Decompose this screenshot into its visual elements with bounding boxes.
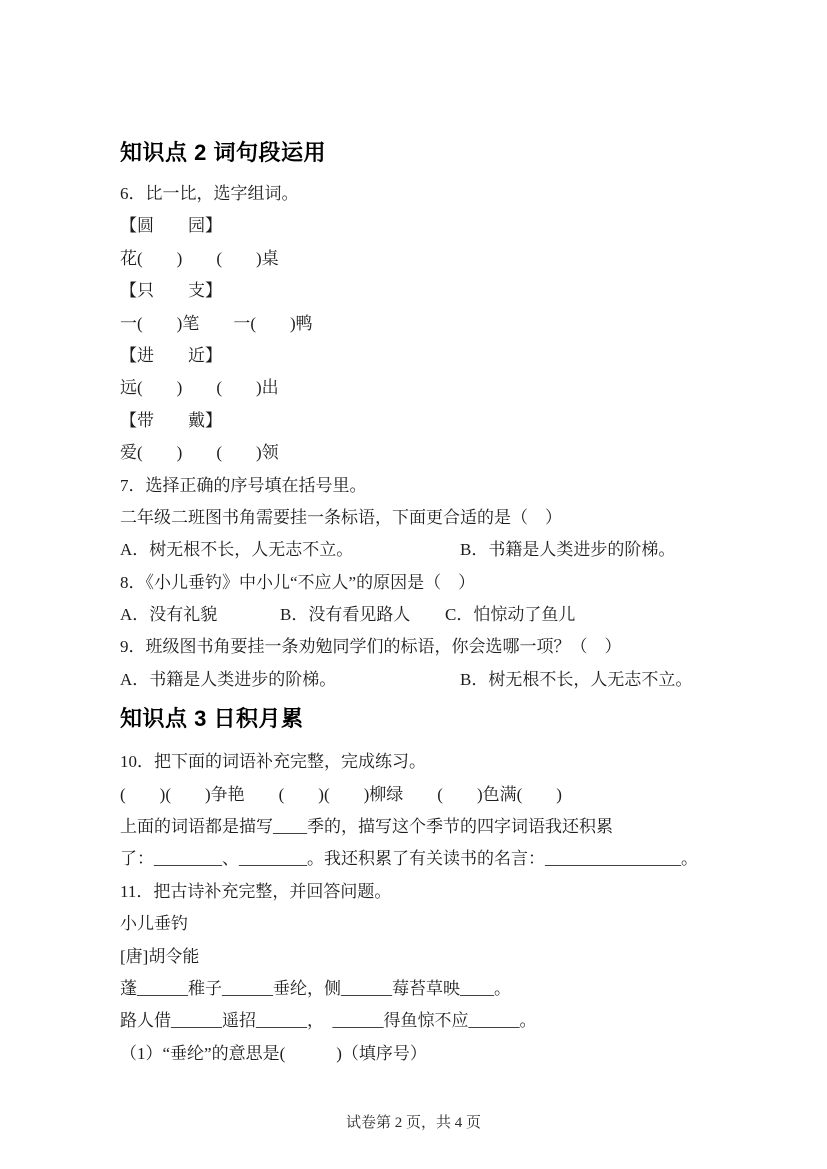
q8-option-b: B．没有看见路人 xyxy=(280,599,445,631)
page-content: 知识点 2 词句段运用 6．比一比，选字组词。 【圆 园】 花( ) ( )桌 … xyxy=(120,140,740,1070)
q6-pair4-choices: 【带 戴】 xyxy=(120,405,740,437)
q6-pair1-blanks: 花( ) ( )桌 xyxy=(120,243,740,275)
q9-option-b: B．树无根不长，人无志不立。 xyxy=(460,664,692,696)
q10-stem: 10．把下面的词语补充完整，完成练习。 xyxy=(120,746,740,778)
q11-sub-question1: （1）“垂纶”的意思是( )（填序号） xyxy=(120,1038,740,1070)
q6-pair3-blanks: 远( ) ( )出 xyxy=(120,372,740,404)
q6-stem: 6．比一比，选字组词。 xyxy=(120,178,740,210)
q9-options-row: A．书籍是人类进步的阶梯。B．树无根不长，人无志不立。 xyxy=(120,664,740,696)
q8-stem: 8．《小儿垂钓》中小儿“不应人”的原因是（ ） xyxy=(120,567,740,599)
q7-option-b: B．书籍是人类进步的阶梯。 xyxy=(460,534,675,566)
q7-options-row: A．树无根不长，人无志不立。B．书籍是人类进步的阶梯。 xyxy=(120,534,740,566)
q6-pair4-blanks: 爱( ) ( )领 xyxy=(120,437,740,469)
q9-stem: 9．班级图书角要挂一条劝勉同学们的标语，你会选哪一项？（ ） xyxy=(120,631,740,663)
q11-poem-line2: 路人借______遥招______， ______得鱼惊不应______。 xyxy=(120,1005,740,1037)
q10-words-line: ( )( )争艳 ( )( )柳绿 ( )色满( ) xyxy=(120,779,740,811)
q8-options-row: A．没有礼貌B．没有看见路人C．怕惊动了鱼儿 xyxy=(120,599,740,631)
q6-pair1-choices: 【圆 园】 xyxy=(120,210,740,242)
section-2-heading: 知识点 2 词句段运用 xyxy=(120,140,740,166)
q10-fill-line2: 了：________、________。我还积累了有关读书的名言：_______… xyxy=(120,843,740,875)
q7-stem: 7．选择正确的序号填在括号里。 xyxy=(120,470,740,502)
q11-stem: 11．把古诗补充完整，并回答问题。 xyxy=(120,876,740,908)
exam-page: 知识点 2 词句段运用 6．比一比，选字组词。 【圆 园】 花( ) ( )桌 … xyxy=(0,0,827,1169)
q11-poem-line1: 蓬______稚子______垂纶，侧______莓苔草映____。 xyxy=(120,973,740,1005)
q8-option-c: C．怕惊动了鱼儿 xyxy=(445,599,575,631)
q11-poem-title: 小儿垂钓 xyxy=(120,908,740,940)
page-footer: 试卷第 2 页，共 4 页 xyxy=(0,1112,827,1134)
q7-option-a: A．树无根不长，人无志不立。 xyxy=(120,534,460,566)
q8-option-a: A．没有礼貌 xyxy=(120,599,280,631)
section-3-heading: 知识点 3 日积月累 xyxy=(120,706,740,732)
q7-prompt: 二年级二班图书角需要挂一条标语，下面更合适的是（ ） xyxy=(120,502,740,534)
q6-pair2-blanks: 一( )笔 一( )鸭 xyxy=(120,308,740,340)
q6-pair3-choices: 【进 近】 xyxy=(120,340,740,372)
q10-fill-line1: 上面的词语都是描写____季的，描写这个季节的四字词语我还积累 xyxy=(120,811,740,843)
q6-pair2-choices: 【只 支】 xyxy=(120,275,740,307)
q11-poem-author: [唐]胡令能 xyxy=(120,941,740,973)
q9-option-a: A．书籍是人类进步的阶梯。 xyxy=(120,664,460,696)
